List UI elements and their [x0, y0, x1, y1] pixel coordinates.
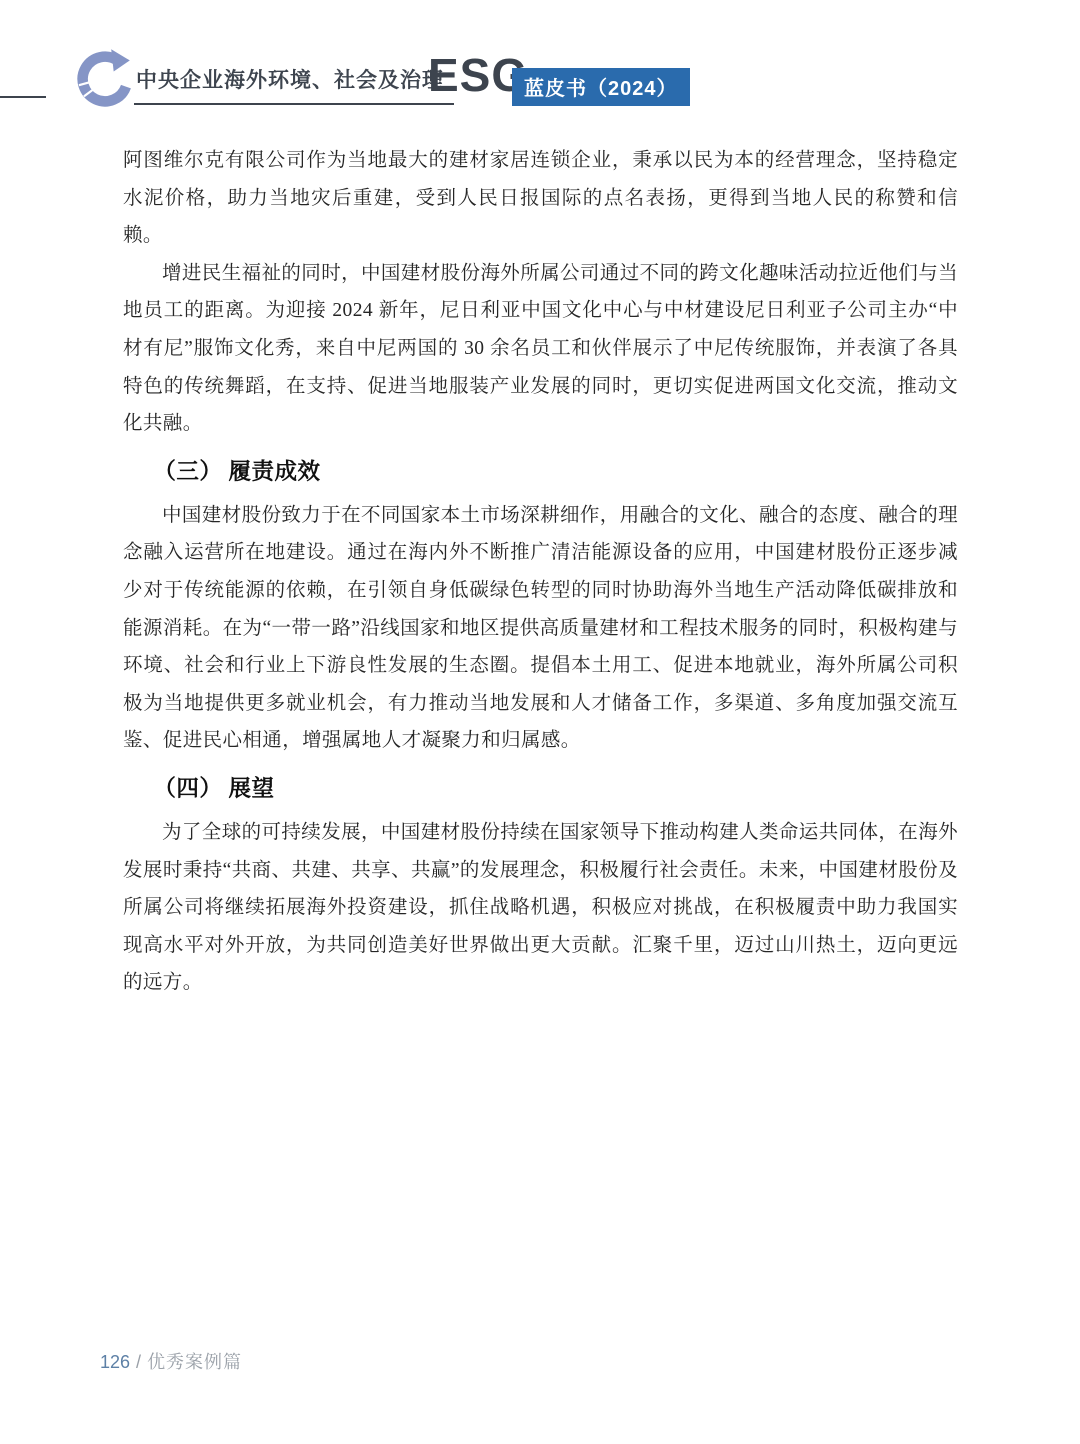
document-body: 阿图维尔克有限公司作为当地最大的建材家居连锁企业，秉承以民为本的经营理念，坚持稳… [123, 142, 958, 1002]
page-footer: 126/优秀案例篇 [100, 1348, 242, 1374]
page-header: 中央企业海外环境、社会及治理 ESG 蓝皮书（2024） [0, 0, 1080, 130]
header-edge-line [0, 96, 46, 98]
paragraph: 中国建材股份致力于在不同国家本土市场深耕细作，用融合的文化、融合的态度、融合的理… [123, 497, 958, 760]
circular-arrow-logo-icon [74, 48, 136, 110]
footer-separator: / [136, 1352, 141, 1372]
section-heading-4: （四） 展望 [123, 767, 958, 811]
document-page: 中央企业海外环境、社会及治理 ESG 蓝皮书（2024） 阿图维尔克有限公司作为… [0, 0, 1080, 1444]
paragraph: 增进民生福祉的同时，中国建材股份海外所属公司通过不同的跨文化趣味活动拉近他们与当… [123, 255, 958, 443]
header-badge: 蓝皮书（2024） [512, 68, 690, 106]
page-number: 126 [100, 1352, 130, 1372]
section-heading-3: （三） 履责成效 [123, 450, 958, 494]
footer-section-label: 优秀案例篇 [147, 1352, 242, 1372]
header-title: 中央企业海外环境、社会及治理 [134, 64, 454, 105]
paragraph-continuation: 阿图维尔克有限公司作为当地最大的建材家居连锁企业，秉承以民为本的经营理念，坚持稳… [123, 142, 958, 255]
paragraph: 为了全球的可持续发展，中国建材股份持续在国家领导下推动构建人类命运共同体，在海外… [123, 814, 958, 1002]
